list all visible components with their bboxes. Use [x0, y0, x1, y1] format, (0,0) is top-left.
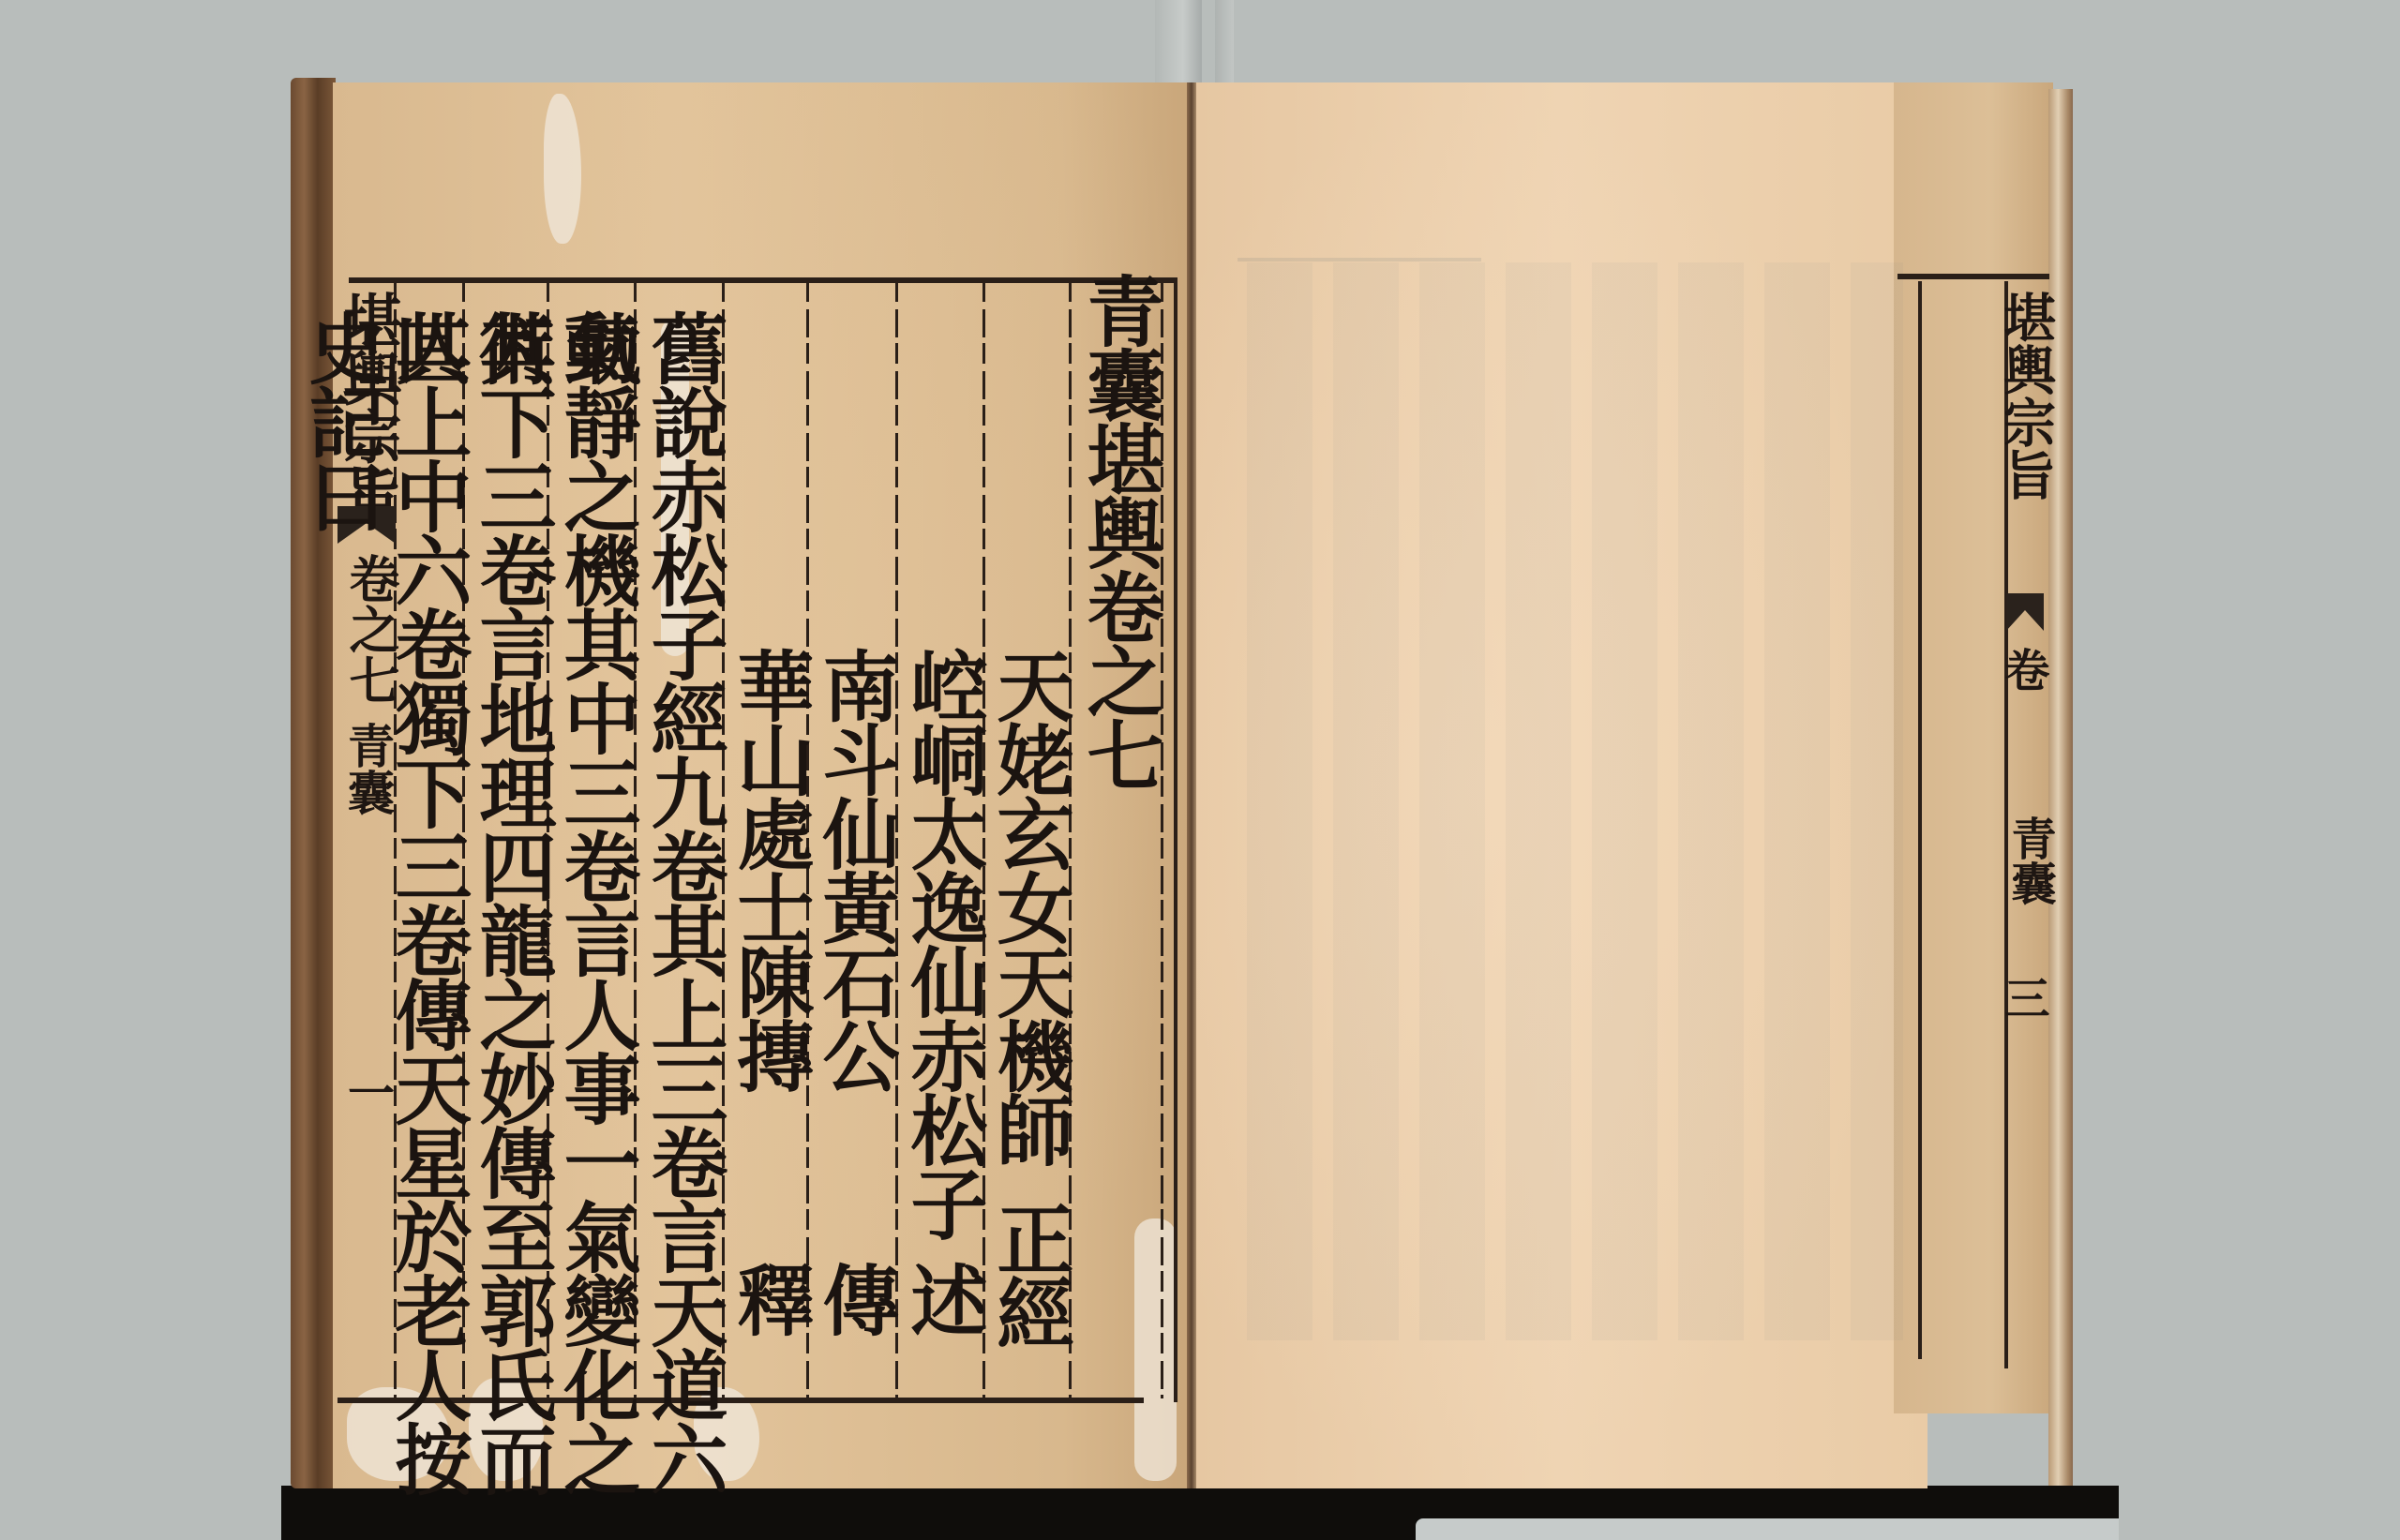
right-block-heart-section: 青囊 — [2014, 815, 2051, 905]
show-through-texture — [1247, 262, 1903, 1340]
right-block-heart-volume: 卷 — [2014, 647, 2051, 692]
body-column-3: 其下三卷言地理四龍之妙傳至郭氏而亾 — [469, 309, 555, 1540]
body-column-2: 動靜之機其中三卷言人事一氣變化之術 — [553, 309, 639, 1540]
chapter-title: 青囊堪輿卷之七 — [1076, 272, 1162, 790]
book-fore-edge-left — [291, 78, 336, 1488]
body-column-1: 舊說赤松子經九卷其上三卷言天道六氣 — [640, 309, 727, 1540]
background-fold — [1215, 0, 1234, 94]
attribution-role-2: 述 — [900, 1261, 986, 1335]
attribution-name-1: 天姥玄女天機師 — [986, 647, 1072, 1165]
attribution-name-4: 華山處士陳摶 — [727, 647, 813, 1091]
right-block-heart-book-title: 堪輿宗旨 — [2010, 291, 2053, 501]
attribution-role-3: 傳 — [812, 1261, 898, 1335]
attribution-name-3: 南斗仙黃石公 — [812, 647, 898, 1091]
book-gutter — [1187, 82, 1196, 1488]
attribution-name-2: 崆峒太逸仙赤松子 — [900, 647, 986, 1239]
attribution-role-4: 釋 — [727, 1261, 813, 1335]
attribution-role-1: 正經 — [986, 1200, 1072, 1348]
paper-stain — [1134, 1219, 1177, 1481]
background-surface — [1416, 1518, 2119, 1540]
show-through-rule — [1237, 258, 1481, 262]
background-fold — [1155, 0, 1202, 94]
right-frame-top — [1897, 274, 2049, 279]
body-column-4: 其上中六卷獨下三卷傳天星於老人按史記曰 — [384, 309, 471, 1540]
right-column-rule — [1918, 281, 1922, 1359]
frame-border-right — [1174, 277, 1177, 1402]
right-block-heart-page-number: 三 — [2014, 975, 2051, 1020]
frame-border-top — [349, 277, 1174, 283]
